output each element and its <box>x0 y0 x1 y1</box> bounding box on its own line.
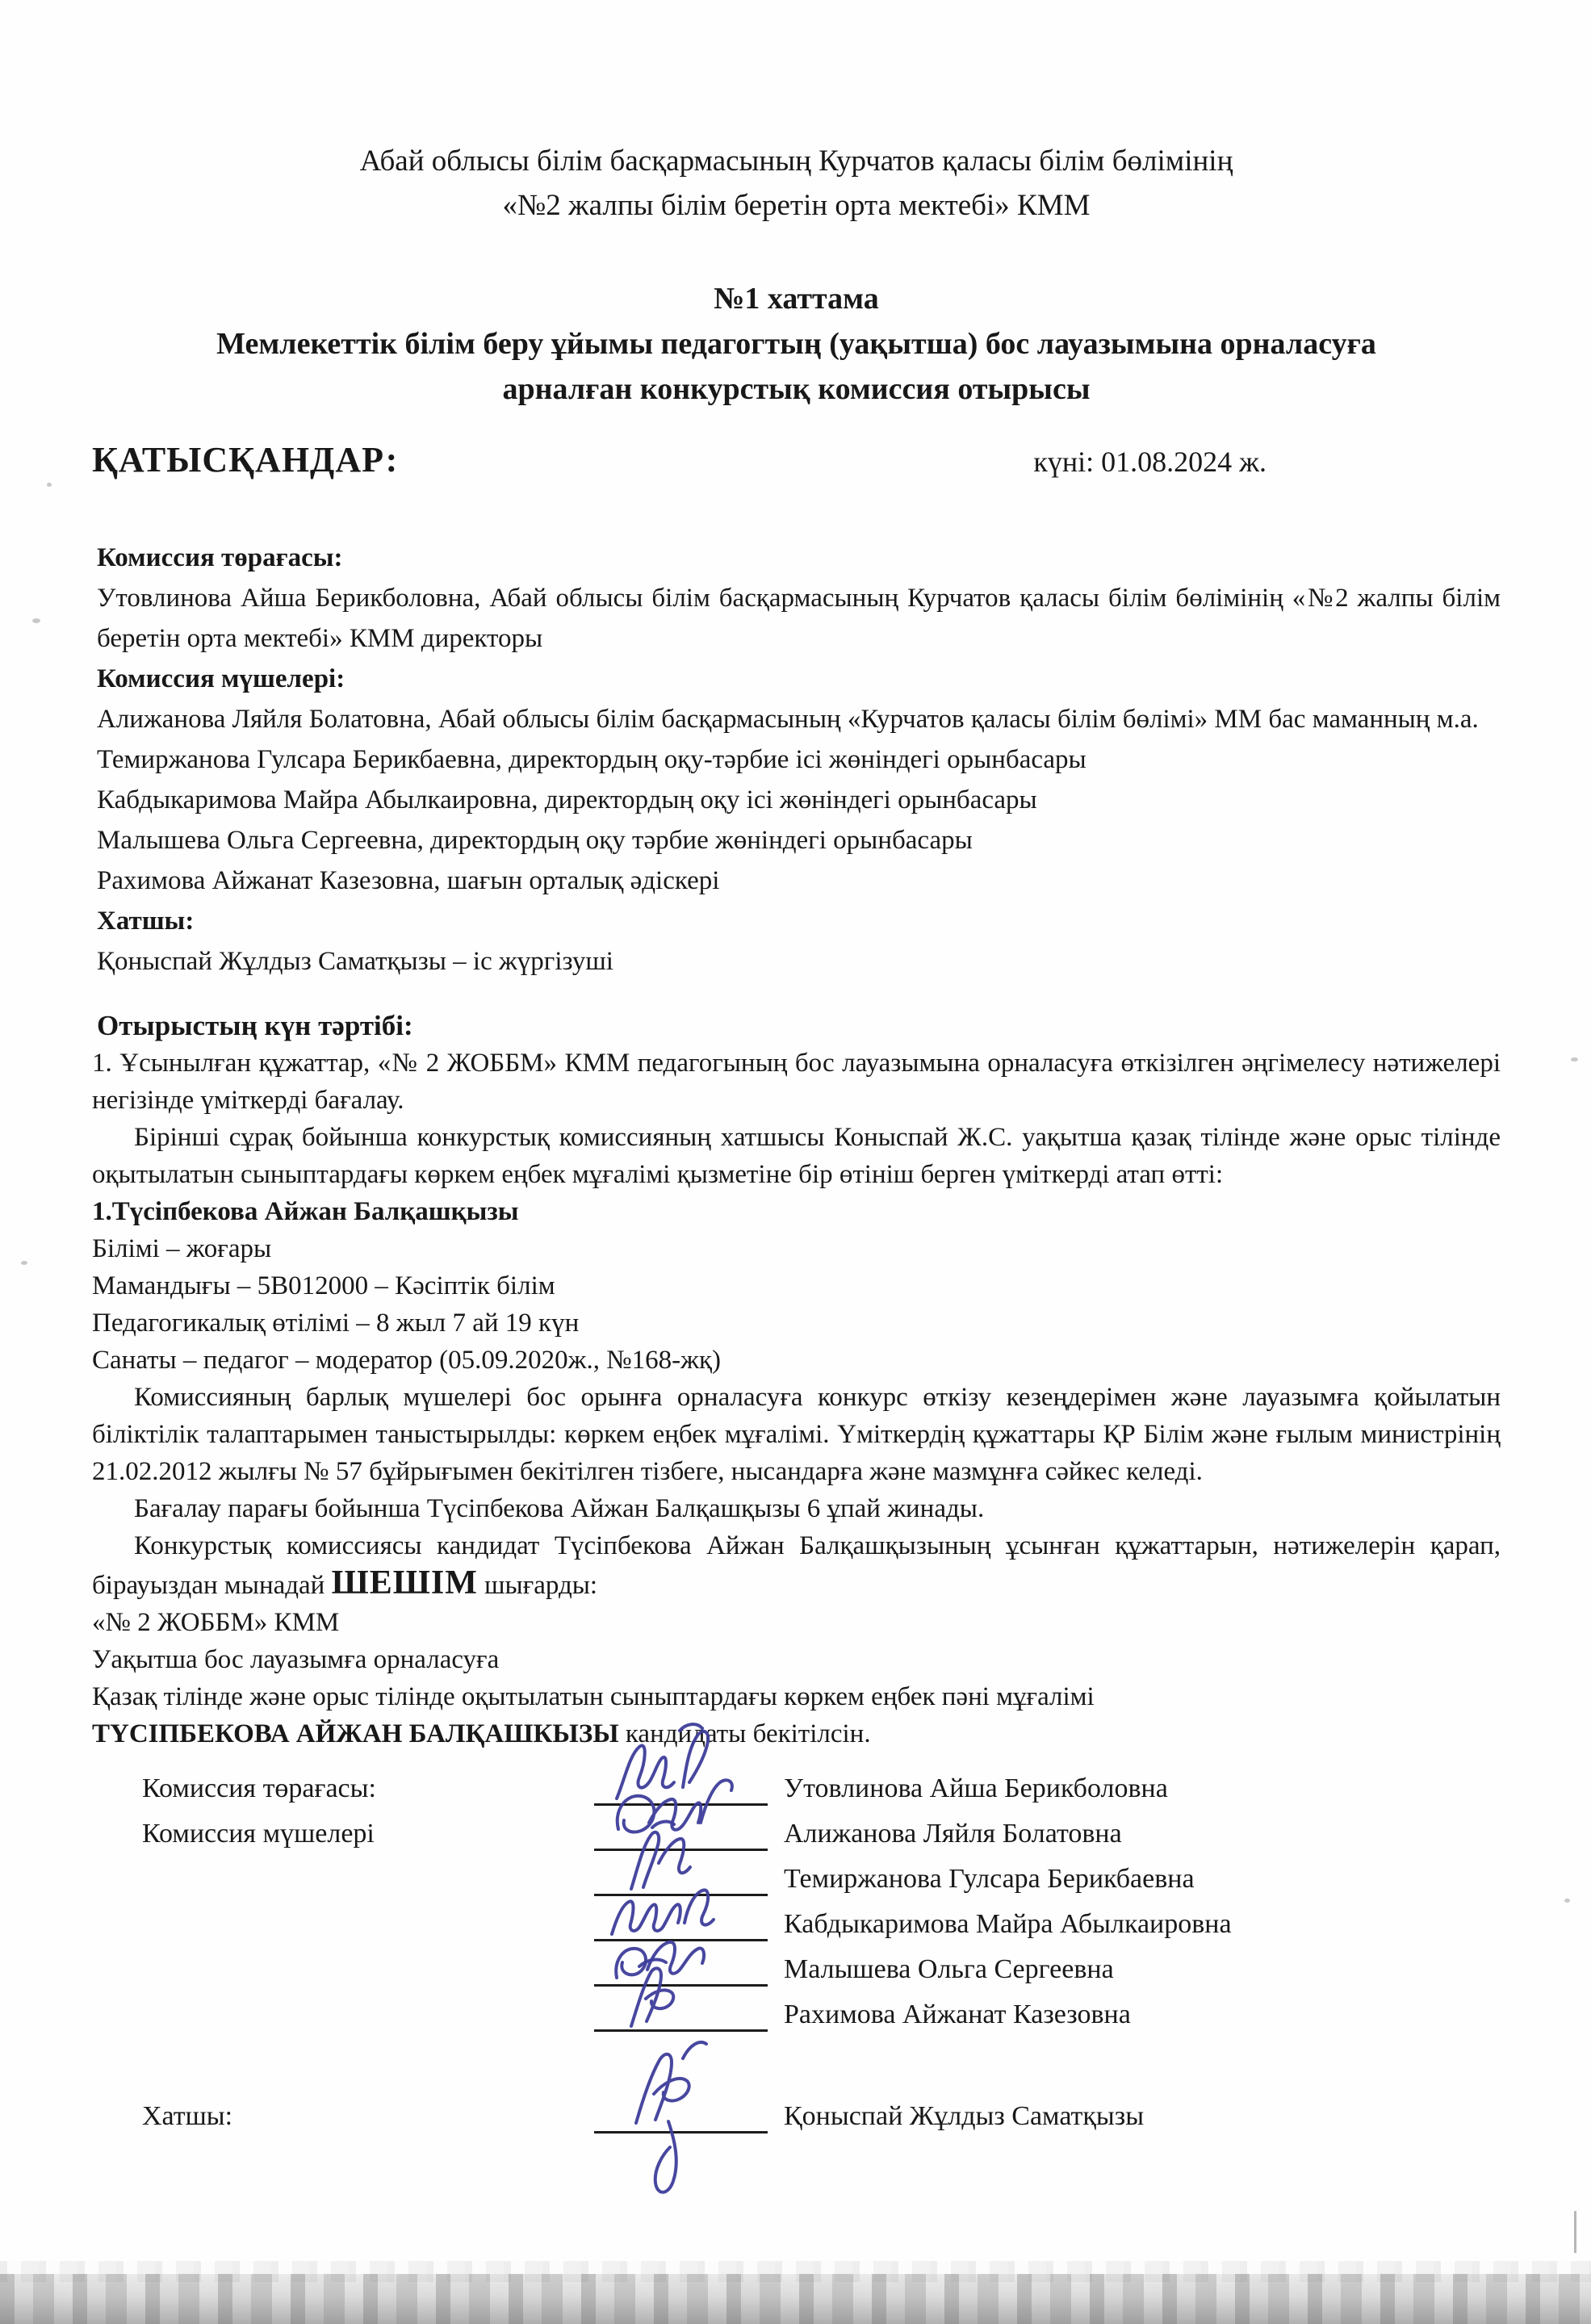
approved-candidate-line: ТҮСІПБЕКОВА АЙЖАН БАЛҚАШКЫЗЫ кандидаты б… <box>92 1715 1501 1752</box>
scan-artifact-band <box>0 2274 1591 2324</box>
decision-line-vacancy: Уақытша бос лауазымға орналасуға <box>92 1641 1501 1678</box>
score-line: Бағалау парағы бойынша Түсіпбекова Айжан… <box>92 1490 1501 1527</box>
candidate-specialty: Мамандығы – 5В012000 – Кәсіптік білім <box>92 1267 1501 1304</box>
protocol-number: №1 хаттама <box>92 276 1501 321</box>
scan-speck <box>47 483 52 487</box>
signature-row: Комиссия төрағасы: Утовлинова Айша Берик… <box>142 1761 1501 1806</box>
member-entry: Рахимова Айжанат Казезовна, шағын орталы… <box>92 861 1501 901</box>
meta-row: ҚАТЫСҚАНДАР: күні: 01.08.2024 ж. <box>92 439 1501 486</box>
meeting-date: күні: 01.08.2024 ж. <box>1033 445 1267 479</box>
commission-section: Комиссия төрағасы: Утовлинова Айша Берик… <box>92 538 1501 982</box>
signature-label-empty <box>142 1895 594 1896</box>
scan-edge-mark <box>1574 2211 1576 2253</box>
members-label: Комиссия мүшелері: <box>92 659 1501 699</box>
signature-secretary-label: Хатшы: <box>142 2101 594 2133</box>
agenda-section: Отырыстың күн тәртібі: 1. Ұсынылған құжа… <box>92 1007 1501 1752</box>
participants-label: ҚАТЫСҚАНДАР: <box>92 439 398 480</box>
decision-line-school: «№ 2 ЖОББМ» КММ <box>92 1604 1501 1641</box>
signature-members-label: Комиссия мүшелері <box>142 1819 594 1851</box>
member-entry: Темиржанова Гулсара Берикбаевна, директо… <box>92 739 1501 780</box>
org-name-line1: Абай облысы білім басқармасының Курчатов… <box>92 139 1501 183</box>
signature-row-secretary: Хатшы: Қоныспай Жұлдыз Саматқызы <box>142 2077 1501 2133</box>
signature-line <box>594 2075 768 2133</box>
document-page: Абай облысы білім басқармасының Курчатов… <box>0 0 1591 2324</box>
approved-candidate-name: ТҮСІПБЕКОВА АЙЖАН БАЛҚАШКЫЗЫ <box>92 1719 619 1748</box>
protocol-title-line1: Мемлекеттік білім беру ұйымы педагогтың … <box>92 321 1501 366</box>
signature-row: Кабдыкаримова Майра Абылкаировна <box>142 1896 1501 1941</box>
signature-chairman-label: Комиссия төрағасы: <box>142 1773 594 1806</box>
member-entry: Кабдыкаримова Майра Абылкаировна, директ… <box>92 780 1501 820</box>
signature-row: Малышева Ольга Сергеевна <box>142 1941 1501 1987</box>
signature-name: Утовлинова Айша Берикболовна <box>784 1773 1168 1806</box>
signature-name: Кабдыкаримова Майра Абылкаировна <box>784 1909 1232 1941</box>
signature-label-empty <box>142 1940 594 1941</box>
candidate-name-heading: 1.Түсіпбекова Айжан Балқашқызы <box>92 1193 1501 1230</box>
signature-name: Рахимова Айжанат Казезовна <box>784 1999 1131 2032</box>
chairman-entry: Утовлинова Айша Берикболовна, Абай облыс… <box>92 578 1501 659</box>
member-entry: Малышева Ольга Сергеевна, директордың оқ… <box>92 820 1501 861</box>
signature-name: Темиржанова Гулсара Берикбаевна <box>784 1864 1195 1896</box>
agenda-intro-paragraph: Бірінші сұрақ бойынша конкурстық комисси… <box>92 1119 1501 1193</box>
signature-name: Қоныспай Жұлдыз Саматқызы <box>784 2101 1144 2133</box>
protocol-title-line2: арналған конкурстық комиссия отырысы <box>92 366 1501 412</box>
agenda-heading: Отырыстың күн тәртібі: <box>92 1007 1501 1045</box>
signature-name: Малышева Ольга Сергеевна <box>784 1954 1114 1987</box>
protocol-title-block: №1 хаттама Мемлекеттік білім беру ұйымы … <box>92 276 1501 412</box>
scan-speck <box>1564 1899 1570 1903</box>
secretary-entry: Қоныспай Жұлдыз Саматқызы – іс жүргізуші <box>92 941 1501 982</box>
candidate-category: Санаты – педагог – модератор (05.09.2020… <box>92 1342 1501 1379</box>
agenda-item-1: 1. Ұсынылған құжаттар, «№ 2 ЖОББМ» КММ п… <box>92 1045 1501 1119</box>
signature-label-empty <box>142 2030 594 2032</box>
decision-text-after: шығарды: <box>478 1571 597 1600</box>
signature-row: Темиржанова Гулсара Берикбаевна <box>142 1851 1501 1896</box>
scan-speck <box>1571 1057 1578 1062</box>
signature-row: Комиссия мүшелері Алижанова Ляйля Болато… <box>142 1806 1501 1851</box>
signature-block: Комиссия төрағасы: Утовлинова Айша Берик… <box>142 1761 1501 2133</box>
signature-name: Алижанова Ляйля Болатовна <box>784 1819 1122 1851</box>
decision-word: ШЕШІМ <box>332 1564 478 1602</box>
decision-line-position: Қазақ тілінде және орыс тілінде оқытылат… <box>92 1678 1501 1715</box>
signature-ink <box>604 2028 757 2205</box>
chairman-label: Комиссия төрағасы: <box>92 538 1501 578</box>
signature-line <box>594 1984 768 2032</box>
org-name-line2: «№2 жалпы білім беретін орта мектебі» КМ… <box>92 183 1501 228</box>
requirements-paragraph: Комиссияның барлық мүшелері бос орынға о… <box>92 1379 1501 1490</box>
candidate-experience: Педагогикалық өтілімі – 8 жыл 7 ай 19 кү… <box>92 1304 1501 1342</box>
decision-text-before: Конкурстық комиссиясы кандидат Түсіпбеко… <box>92 1531 1501 1600</box>
decision-paragraph: Конкурстық комиссиясы кандидат Түсіпбеко… <box>92 1527 1501 1604</box>
scan-speck <box>21 1261 27 1265</box>
member-entry: Алижанова Ляйля Болатовна, Абай облысы б… <box>92 699 1501 739</box>
signature-row: Рахимова Айжанат Казезовна <box>142 1987 1501 2032</box>
document-content: Абай облысы білім басқармасының Курчатов… <box>0 0 1591 2133</box>
signature-label-empty <box>142 1985 594 1987</box>
scan-speck <box>32 618 40 623</box>
candidate-education: Білімі – жоғары <box>92 1230 1501 1267</box>
secretary-label: Хатшы: <box>92 901 1501 941</box>
